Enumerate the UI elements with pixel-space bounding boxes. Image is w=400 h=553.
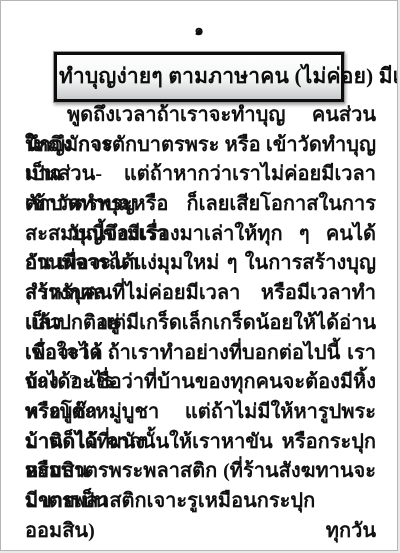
text-line: บ้านก็ได้ จากนั้นให้เราหาขัน หรือกระปุกอ… xyxy=(25,428,376,458)
title-box-inner: ทำบุญง่ายๆ ตามภาษาคน (ไม่ค่อย) มีเวลา xyxy=(54,52,344,102)
title-box: ทำบุญง่ายๆ ตามภาษาคน (ไม่ค่อย) มีเวลา xyxy=(53,51,345,103)
body-text: พูดถึงเวลาถ้าเราจะทำบุญ คนส่วนใหญ่มักจะน… xyxy=(25,101,376,517)
book-page: ๑ ทำบุญง่ายๆ ตามภาษาคน (ไม่ค่อย) มีเวลา … xyxy=(0,0,398,551)
page-title: ทำบุญง่ายๆ ตามภาษาคน (ไม่ค่อย) มีเวลา xyxy=(59,64,398,88)
text-line: มาก แต่ถ้าหากว่าเราไม่ค่อยมีเวลาตักบาตรพ… xyxy=(25,160,376,190)
text-line: หรือโต๊ะหมู่บูชา แต่ถ้าไม่มีให้หารูปพระม… xyxy=(25,398,376,428)
text-line: เข้าวัดทำบุญ ก็เลยเสียโอกาสในการ สะสมบุญ… xyxy=(25,190,376,220)
text-line: กัน เผื่อจะได้แง่มุมใหม่ ๆ ในการสร้างบุญ… xyxy=(25,249,376,279)
text-line: วันนี้จึงมีเรื่องมาเล่าให้ทุก ๆ คนได้อ่า… xyxy=(25,220,376,250)
text-line: บ้าง ? เชื่อว่าที่บ้านของทุกคนจะต้องมีหิ… xyxy=(25,368,376,398)
page-number: ๑ xyxy=(1,18,397,42)
text-line: สำหรับคนที่ไม่ค่อยมีเวลา หรือมีเวลาทำเป็… xyxy=(25,279,376,309)
text-line: พูดถึงเวลาถ้าเราจะทำบุญ คนส่วนใหญ่มักจะ xyxy=(25,101,376,131)
text-line: แล้ว แต่มีเกร็ดเล็กเกร็ดน้อยให้ได้อ่าน เ… xyxy=(25,309,376,339)
text-line: บาตรพลาสติกเจาะรูเหมือนกระปุกออมสิน) ทุก… xyxy=(25,487,376,517)
text-line: เข้าใจว่า ถ้าเราทำอย่างที่บอกต่อไปนี้ เร… xyxy=(25,339,376,369)
text-line: นึกถึง การตักบาตรพระ หรือ เข้าวัดทำบุญเป… xyxy=(25,131,376,161)
text-line: หรือบาตรพระพลาสติก (ที่ร้านสังฆทานจะมีขา… xyxy=(25,457,376,487)
